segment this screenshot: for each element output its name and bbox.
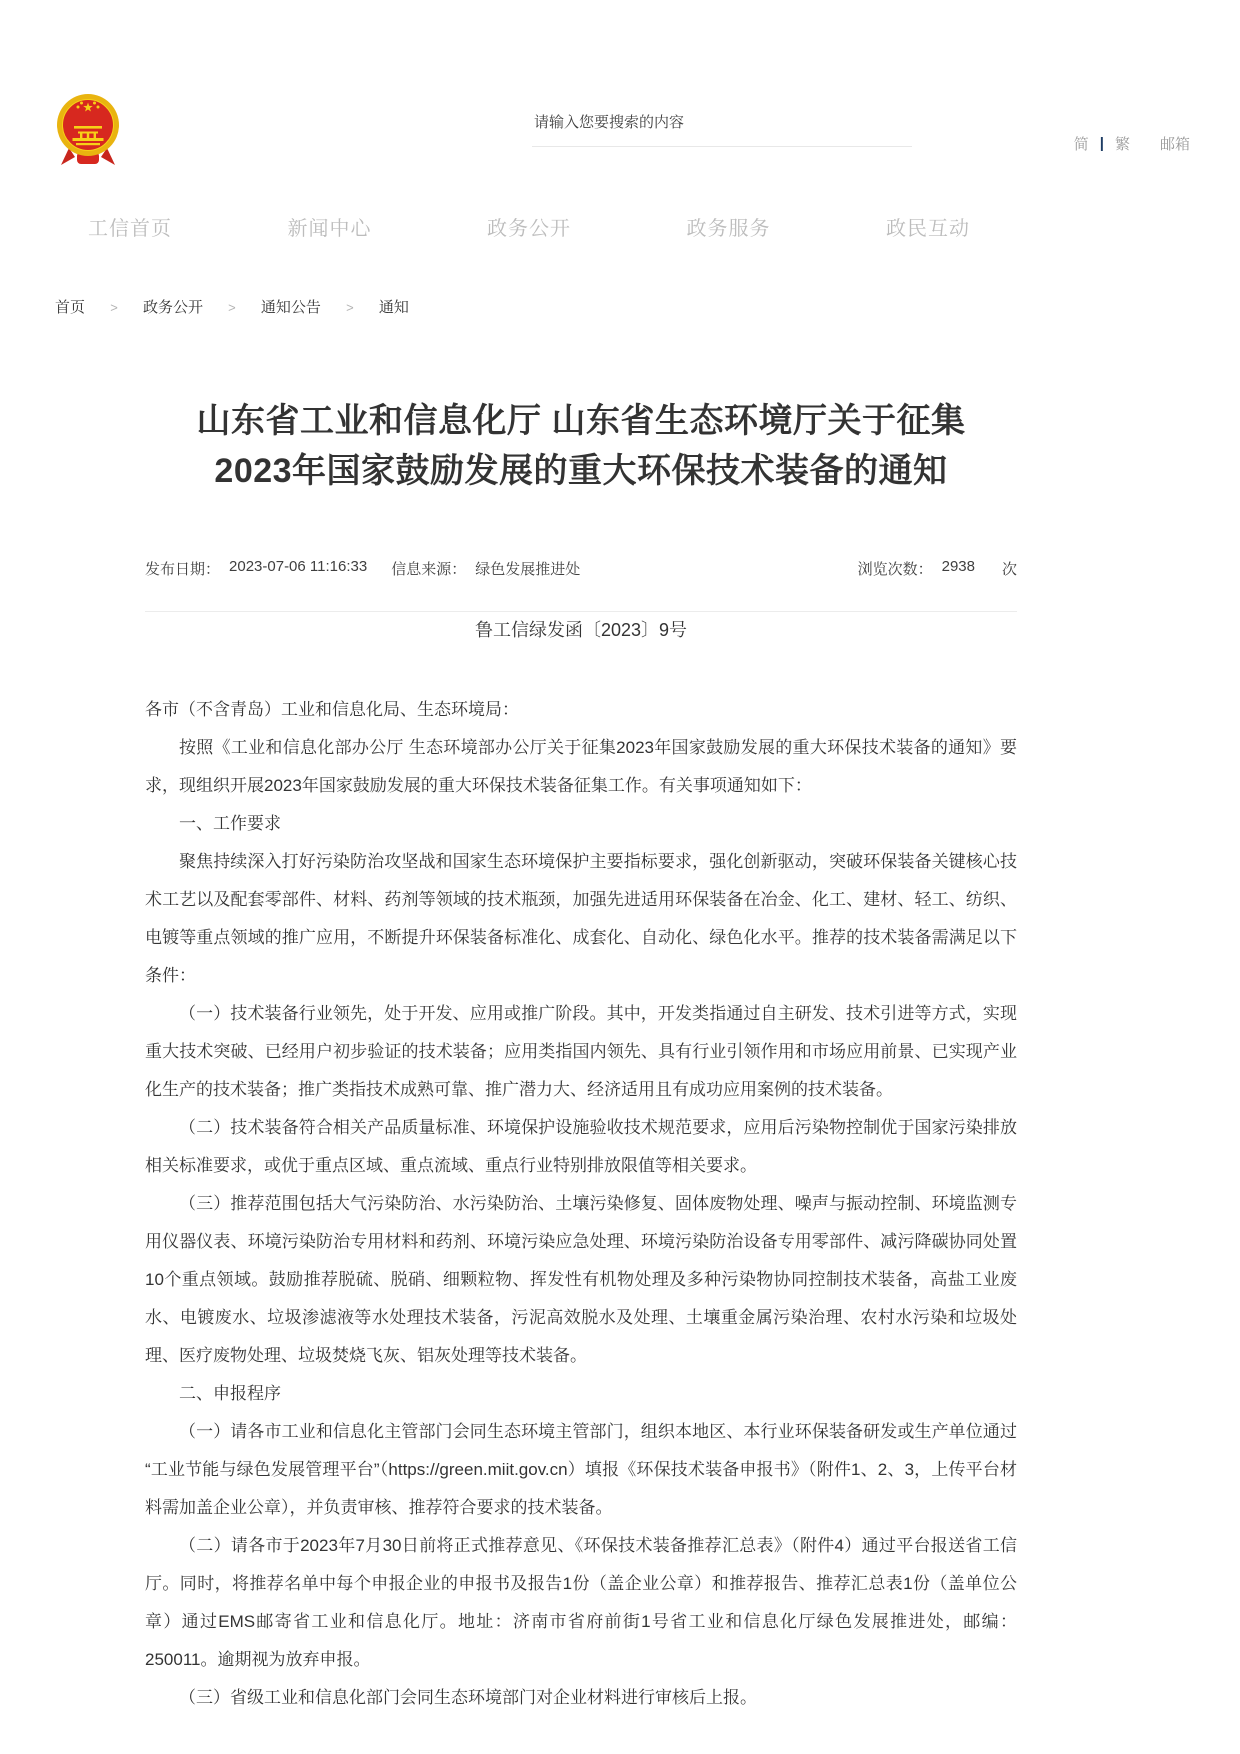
nav-item[interactable]: 新闻中心 xyxy=(288,212,372,241)
mailbox-link[interactable]: 邮箱 xyxy=(1160,133,1190,154)
article-paragraph: 二、申报程序 xyxy=(145,1375,1017,1413)
china-national-emblem-icon xyxy=(54,92,122,170)
article-paragraph: （一）技术装备行业领先，处于开发、应用或推广阶段。其中，开发类指通过自主研发、技… xyxy=(145,995,1017,1109)
article-paragraph: 一、工作要求 xyxy=(145,805,1017,843)
chevron-right-icon: > xyxy=(110,300,118,315)
page-title: 山东省工业和信息化厅 山东省生态环境厅关于征集 2023年国家鼓励发展的重大环保… xyxy=(145,396,1017,496)
breadcrumb-item: 通知 > xyxy=(379,299,409,316)
views-label: 浏览次数： xyxy=(858,558,933,579)
publish-date: 发布日期： 2023-07-06 11:16:33 xyxy=(145,558,367,579)
article-paragraph: （三）推荐范围包括大气污染防治、水污染防治、土壤污染修复、固体废物处理、噪声与振… xyxy=(145,1185,1017,1375)
article-paragraph: （三）省级工业和信息化部门会同生态环境部门对企业材料进行审核后上报。 xyxy=(145,1679,1017,1717)
breadcrumb-item: 政务公开 > xyxy=(143,299,261,316)
source: 信息来源： 绿色发展推进处 xyxy=(391,558,580,579)
nav-item[interactable]: 政务服务 xyxy=(687,212,771,241)
source-label: 信息来源： xyxy=(391,558,466,579)
view-count: 浏览次数： 2938 次 xyxy=(858,558,1017,579)
breadcrumb-link[interactable]: 通知公告 xyxy=(261,299,321,316)
title-line-2: 2023年国家鼓励发展的重大环保技术装备的通知 xyxy=(145,446,1017,496)
article: 山东省工业和信息化厅 山东省生态环境厅关于征集 2023年国家鼓励发展的重大环保… xyxy=(145,396,1017,1717)
breadcrumb-link[interactable]: 通知 xyxy=(379,299,409,316)
article-paragraph: 各市（不含青岛）工业和信息化局、生态环境局： xyxy=(145,691,1017,729)
views-value: 2938 xyxy=(942,558,975,579)
breadcrumb-link[interactable]: 首页 xyxy=(55,299,85,316)
national-emblem-logo[interactable] xyxy=(54,92,122,170)
lang-simplified-link[interactable]: 简 xyxy=(1074,133,1089,154)
chevron-right-icon: > xyxy=(228,300,236,315)
nav-item[interactable]: 政务公开 xyxy=(487,212,571,241)
publish-date-label: 发布日期： xyxy=(145,558,220,579)
article-paragraph: （二）请各市于2023年7月30日前将正式推荐意见、《环保技术装备推荐汇总表》（… xyxy=(145,1527,1017,1679)
nav-item[interactable]: 政民互动 xyxy=(886,212,970,241)
article-paragraph: （一）请各市工业和信息化主管部门会同生态环境主管部门，组织本地区、本行业环保装备… xyxy=(145,1413,1017,1527)
lang-divider: | xyxy=(1100,135,1104,152)
meta-left: 发布日期： 2023-07-06 11:16:33 信息来源： 绿色发展推进处 xyxy=(145,558,580,579)
article-paragraph: 按照《工业和信息化部办公厅 生态环境部办公厅关于征集2023年国家鼓励发展的重大… xyxy=(145,729,1017,805)
page: { "header": { "logo_icon": "china-nation… xyxy=(0,0,1240,1754)
article-paragraph: 聚焦持续深入打好污染防治攻坚战和国家生态环境保护主要指标要求，强化创新驱动，突破… xyxy=(145,843,1017,995)
language-bar: 简 | 繁 邮箱 xyxy=(1074,133,1190,154)
publish-date-value: 2023-07-06 11:16:33 xyxy=(229,558,367,579)
main-nav: 工信首页 新闻中心 政务公开 政务服务 政民互动 xyxy=(88,212,970,241)
title-line-1: 山东省工业和信息化厅 山东省生态环境厅关于征集 xyxy=(145,396,1017,446)
divider-line xyxy=(145,611,1017,612)
breadcrumb-link[interactable]: 政务公开 xyxy=(143,299,203,316)
breadcrumb-item: 首页 > xyxy=(55,299,143,316)
lang-traditional-link[interactable]: 繁 xyxy=(1115,133,1130,154)
nav-item[interactable]: 工信首页 xyxy=(88,212,172,241)
article-paragraph: （二）技术装备符合相关产品质量标准、环境保护设施验收技术规范要求，应用后污染物控… xyxy=(145,1109,1017,1185)
chevron-right-icon: > xyxy=(346,300,354,315)
article-body: 各市（不含青岛）工业和信息化局、生态环境局： 按照《工业和信息化部办公厅 生态环… xyxy=(145,691,1017,1717)
breadcrumb-item: 通知公告 > xyxy=(261,299,379,316)
breadcrumb: 首页 > 政务公开 > 通知公告 > 通知 > xyxy=(55,296,409,317)
search-box xyxy=(532,110,908,147)
search-input[interactable] xyxy=(532,110,912,147)
article-meta: 发布日期： 2023-07-06 11:16:33 信息来源： 绿色发展推进处 … xyxy=(145,558,1017,579)
source-value: 绿色发展推进处 xyxy=(475,558,580,579)
document-number: 鲁工信绿发函〔2023〕9号 xyxy=(145,617,1017,644)
views-unit: 次 xyxy=(1002,558,1017,579)
